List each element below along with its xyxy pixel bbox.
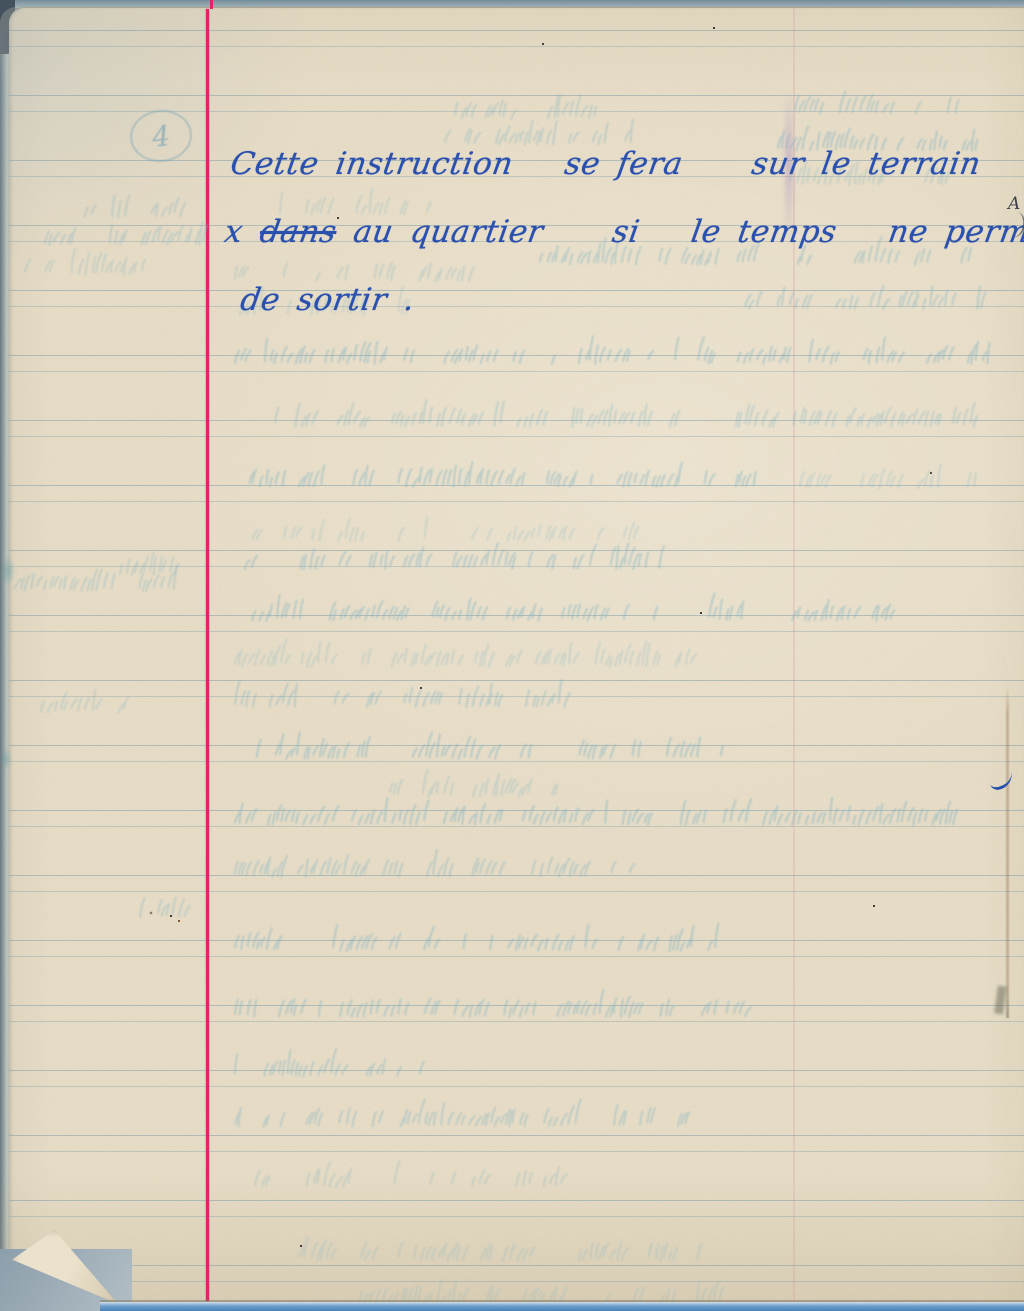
edge-smudge bbox=[0, 748, 12, 770]
dust-specks bbox=[713, 27, 715, 29]
page-crease bbox=[1006, 686, 1009, 1018]
handwritten-line-1: Cette instruction se fera sur le terrain… bbox=[228, 146, 1024, 182]
scanned-notebook-page: 4 Cette instruction se fera sur le terra… bbox=[0, 0, 1024, 1311]
cover-bottom-band bbox=[100, 1302, 1024, 1311]
edge-smudge bbox=[0, 556, 16, 586]
handwritten-line-2: x dans au quartier si le temps ne permet… bbox=[222, 214, 1024, 250]
struck-out-word: dans bbox=[257, 214, 339, 250]
handwritten-line-3: de sortir . bbox=[238, 282, 418, 318]
ink-bleedthrough-layer bbox=[0, 0, 1024, 1311]
line-2-text: au quartier si le temps ne permet pas bbox=[334, 214, 1024, 250]
